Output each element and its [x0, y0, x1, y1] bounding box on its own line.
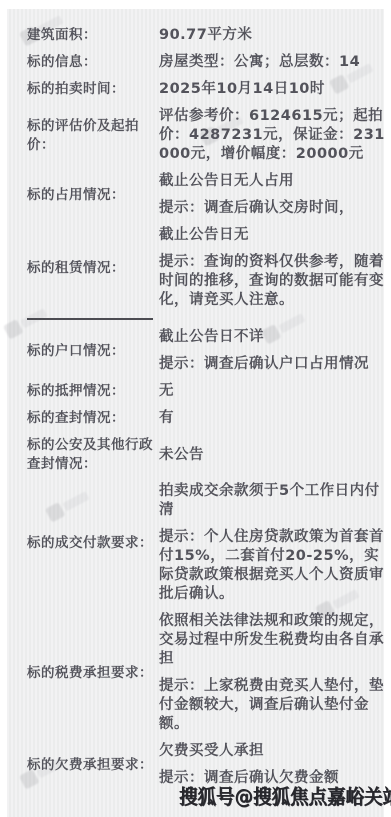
row-label: 标的成交付款要求： — [27, 534, 159, 553]
row-value-paragraph: 提示：调查后确认交房时间， — [159, 199, 385, 218]
row-value-paragraph: 欠费买受人承担 — [159, 742, 385, 761]
row-value: 评估参考价：6124615元；起拍价：4287231元，保证金：231000元，… — [159, 107, 385, 164]
table-row: 标的公安及其他行政查封情况：未公告 — [27, 436, 385, 474]
section-divider — [27, 318, 153, 320]
row-value-paragraph: 截止公告日无 — [159, 226, 385, 245]
row-value: 无 — [159, 382, 385, 401]
table-row: 标的信息：房屋类型：公寓；总层数：14 — [27, 53, 385, 72]
row-value: 房屋类型：公寓；总层数：14 — [159, 53, 385, 72]
table-row: 标的占用情况：截止公告日无人占用提示：调查后确认交房时间， — [27, 172, 385, 218]
table-row: 标的评估价及起拍价：评估参考价：6124615元；起拍价：4287231元，保证… — [27, 107, 385, 164]
row-label: 标的公安及其他行政查封情况： — [27, 436, 159, 474]
row-value: 拍卖成交余款须于5个工作日内付清提示：个人住房贷款政策为首套首付15%，二套首付… — [159, 482, 385, 604]
row-value: 依照相关法律法规和政策的规定，交易过程中所发生税费均由各自承担提示：上家税费由竞… — [159, 612, 385, 734]
table-row: 标的抵押情况：无 — [27, 382, 385, 401]
row-value-paragraph: 有 — [159, 409, 385, 428]
row-value-paragraph: 未公告 — [159, 446, 385, 465]
row-label: 标的拍卖时间： — [27, 80, 159, 99]
sohu-account-watermark: 搜狐号@搜狐焦点嘉峪关站 — [179, 782, 391, 810]
row-label: 标的信息： — [27, 53, 159, 72]
row-value-paragraph: 提示：上家税费由竞买人垫付，垫付金额较大，调查后确认垫付金额。 — [159, 677, 385, 734]
row-value-paragraph: 无 — [159, 382, 385, 401]
row-value: 截止公告日不详提示：调查后确认户口占用情况 — [159, 328, 385, 374]
row-value-paragraph: 提示：个人住房贷款政策为首套首付15%，二套首付20-25%，实际贷款政策根据竞… — [159, 528, 385, 604]
row-value-paragraph: 2025年10月14日10时 — [159, 80, 385, 99]
row-value-paragraph: 90.77平方米 — [159, 26, 385, 45]
table-row: 标的户口情况：截止公告日不详提示：调查后确认户口占用情况 — [27, 328, 385, 374]
row-label: 标的抵押情况： — [27, 382, 159, 401]
table-row: 标的查封情况：有 — [27, 409, 385, 428]
row-value: 有 — [159, 409, 385, 428]
row-label: 标的欠费承担要求： — [27, 756, 159, 775]
row-value: 2025年10月14日10时 — [159, 80, 385, 99]
row-label: 标的租赁情况： — [27, 259, 159, 278]
table-row: 标的税费承担要求：依照相关法律法规和政策的规定，交易过程中所发生税费均由各自承担… — [27, 612, 385, 734]
row-value: 未公告 — [159, 446, 385, 465]
row-value-paragraph: 提示：查询的资料仅供参考，随着时间的推移，查询的数据可能有变化，请竞买人注意。 — [159, 253, 385, 310]
row-label: 标的税费承担要求： — [27, 664, 159, 683]
row-value-paragraph: 依照相关法律法规和政策的规定，交易过程中所发生税费均由各自承担 — [159, 612, 385, 669]
table-row: 标的成交付款要求：拍卖成交余款须于5个工作日内付清提示：个人住房贷款政策为首套首… — [27, 482, 385, 604]
row-label: 标的查封情况： — [27, 409, 159, 428]
table-row: 标的拍卖时间：2025年10月14日10时 — [27, 80, 385, 99]
auction-detail-page: 建筑面积：90.77平方米标的信息：房屋类型：公寓；总层数：14标的拍卖时间：2… — [0, 0, 391, 817]
table-row: 标的租赁情况：截止公告日无提示：查询的资料仅供参考，随着时间的推移，查询的数据可… — [27, 226, 385, 310]
table-row: 建筑面积：90.77平方米 — [27, 26, 385, 45]
row-label: 标的评估价及起拍价： — [27, 117, 159, 155]
row-label: 建筑面积： — [27, 26, 159, 45]
row-value-paragraph: 截止公告日不详 — [159, 328, 385, 347]
row-value-paragraph: 提示：调查后确认户口占用情况 — [159, 355, 385, 374]
row-value: 截止公告日无提示：查询的资料仅供参考，随着时间的推移，查询的数据可能有变化，请竞… — [159, 226, 385, 310]
row-value-paragraph: 评估参考价：6124615元；起拍价：4287231元，保证金：231000元，… — [159, 107, 385, 164]
row-value-paragraph: 拍卖成交余款须于5个工作日内付清 — [159, 482, 385, 520]
row-value-paragraph: 截止公告日无人占用 — [159, 172, 385, 191]
row-value: 90.77平方米 — [159, 26, 385, 45]
row-value-paragraph: 房屋类型：公寓；总层数：14 — [159, 53, 385, 72]
row-label: 标的占用情况： — [27, 186, 159, 205]
row-label: 标的户口情况： — [27, 342, 159, 361]
auction-info-table: 建筑面积：90.77平方米标的信息：房屋类型：公寓；总层数：14标的拍卖时间：2… — [0, 0, 391, 788]
row-value: 截止公告日无人占用提示：调查后确认交房时间， — [159, 172, 385, 218]
